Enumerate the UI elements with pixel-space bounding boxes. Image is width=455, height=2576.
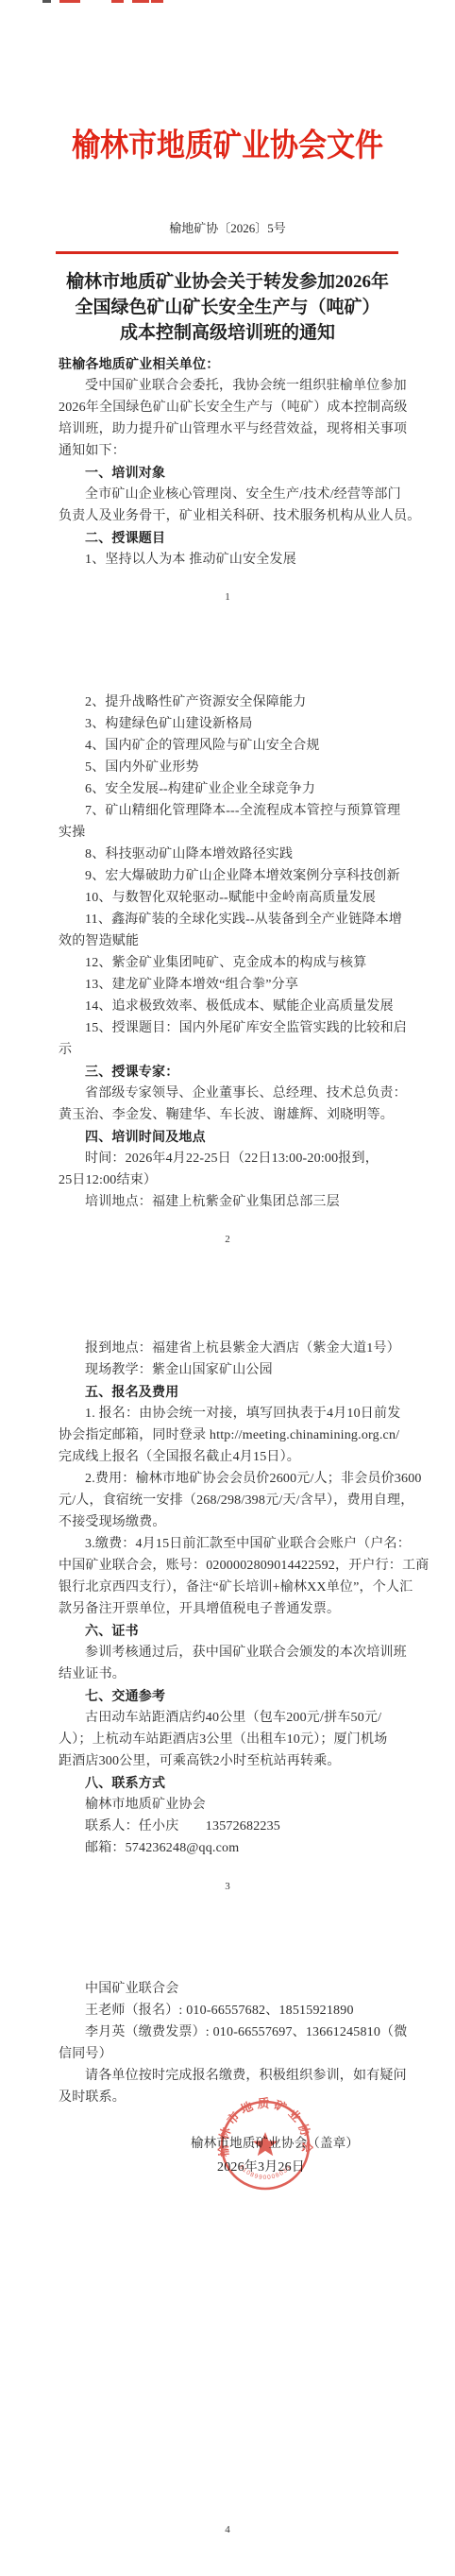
doc-line: 培训地点：福建上杭紫金矿业集团总部三层 (59, 1191, 402, 1213)
doc-line: 距酒店300公里，可乘高铁2小时至杭站再转乘。 (59, 1750, 402, 1772)
doc-line: 七、交通参考 (59, 1685, 402, 1707)
page-number: 3 (0, 1881, 455, 1892)
scan-artifact (111, 0, 124, 3)
scan-artifact (151, 0, 163, 3)
doc-line: 四、培训时间及地点 (59, 1126, 402, 1148)
doc-line: 黄玉治、李金发、鞠建华、车长波、谢雄辉、刘晓明等。 (59, 1104, 402, 1126)
page-number: 1 (0, 591, 455, 603)
doc-line: 负责人及业务骨干，矿业相关科研、技术服务机构从业人员。 (59, 505, 402, 527)
doc-line: 联系人：任小庆 13572682235 (59, 1816, 402, 1837)
doc-line: 13、建龙矿业降本增效“组合拳”分享 (59, 974, 402, 996)
scan-artifact (132, 0, 149, 3)
doc-line: 中国矿业联合会，账号：0200002809014422592，开户行：工商 (59, 1555, 402, 1577)
page-2-body: 2、提升战略性矿产资源安全保障能力3、构建绿色矿山建设新格局4、国内矿企的管理风… (59, 691, 402, 1213)
doc-line: 3.缴费：4月15日前汇款至中国矿业联合会账户（户名： (59, 1533, 402, 1555)
letterhead-rule (56, 251, 398, 254)
page-number: 4 (0, 2524, 455, 2535)
doc-line: 六、证书 (59, 1620, 402, 1642)
doc-line: 不接受现场缴费。 (59, 1511, 402, 1533)
doc-line: 2026年全国绿色矿山矿长安全生产与（吨矿）成本控制高级 (59, 397, 402, 418)
doc-line: 1、坚持以人为本 推动矿山安全发展 (59, 549, 402, 571)
doc-line: 二、授课题目 (59, 527, 402, 549)
doc-line: 通知如下： (59, 440, 402, 462)
doc-line: 受中国矿业联合会委托，我协会统一组织驻榆单位参加 (59, 375, 402, 397)
doc-line: 参训考核通过后，获中国矿业联合会颁发的本次培训班 (59, 1642, 402, 1663)
scan-artifact (59, 0, 80, 3)
page-4-body: 中国矿业联合会王老师（报名）: 010-66557682、18515921890… (59, 1978, 402, 2108)
doc-line: 实操 (59, 822, 402, 844)
doc-line: 10、与数智化双轮驱动--赋能中金岭南高质量发展 (59, 887, 402, 909)
doc-line: 5、国内外矿业形势 (59, 757, 402, 778)
letterhead-org-title: 榆林市地质矿业协会文件 (0, 119, 455, 165)
doc-line: 人）；上杭动车站距酒店3公里（出租车10元）；厦门机场 (59, 1729, 402, 1750)
doc-line: 11、鑫海矿装的全球化实践--从装备到全产业链降本增 (59, 909, 402, 930)
notice-title-line-1: 榆林市地质矿业协会关于转发参加2026年 (0, 269, 455, 295)
doc-line: 14、追求极致效率、极低成本、赋能企业高质量发展 (59, 996, 402, 1017)
doc-line: 信同号） (59, 2043, 402, 2065)
doc-line: 邮箱：574236248@qq.com (59, 1837, 402, 1859)
doc-line: 银行北京西四支行），备注“矿长培训+榆林XX单位”，个人汇 (59, 1577, 402, 1598)
doc-line: 25日12:00结束） (59, 1169, 402, 1191)
doc-line: 报到地点：福建省上杭县紫金大酒店（紫金大道1号） (59, 1338, 402, 1359)
doc-line: 协会指定邮箱，同时登录 http://meeting.chinamining.o… (59, 1424, 402, 1446)
doc-line: 王老师（报名）: 010-66557682、18515921890 (59, 2000, 402, 2022)
doc-line: 驻榆各地质矿业相关单位： (59, 353, 402, 375)
doc-line: 元/人，食宿统一安排（268/298/398元/天/含早），费用自理， (59, 1490, 402, 1511)
seal-serial-number: 6108990008033 (238, 2164, 293, 2181)
notice-title-line-3: 成本控制高级培训班的通知 (0, 320, 455, 346)
seal-star-icon (253, 2132, 278, 2156)
doc-line: 3、构建绿色矿山建设新格局 (59, 713, 402, 735)
doc-line: 全市矿山企业核心管理岗、安全生产/技术/经营等部门 (59, 484, 402, 505)
doc-line: 八、联系方式 (59, 1772, 402, 1794)
page-number: 2 (0, 1234, 455, 1245)
doc-line: 示 (59, 1039, 402, 1061)
doc-line: 7、矿山精细化管理降本---全流程成本管控与预算管理 (59, 800, 402, 822)
doc-line: 请各单位按时完成报名缴费，积极组织参训，如有疑问 (59, 2065, 402, 2087)
doc-line: 省部级专家领导、企业董事长、总经理、技术总负责： (59, 1083, 402, 1104)
doc-line: 现场教学：紫金山国家矿山公园 (59, 1359, 402, 1381)
page-1-body: 驻榆各地质矿业相关单位：受中国矿业联合会委托，我协会统一组织驻榆单位参加2026… (59, 353, 402, 571)
doc-line: 6、安全发展--构建矿业企业全球竞争力 (59, 778, 402, 800)
document-number: 榆地矿协〔2026〕5号 (0, 218, 455, 236)
doc-line: 李月英（缴费发票）: 010-66557697、13661245810（微 (59, 2022, 402, 2043)
doc-line: 五、报名及费用 (59, 1381, 402, 1403)
doc-line: 4、国内矿企的管理风险与矿山安全合规 (59, 735, 402, 757)
doc-line: 效的智造赋能 (59, 930, 402, 952)
doc-line: 榆林市地质矿业协会 (59, 1794, 402, 1816)
doc-line: 款另备注开票单位，开具增值税电子普通发票。 (59, 1598, 402, 1620)
doc-line: 培训班，助力提升矿山管理水平与经营效益，现将相关事项 (59, 418, 402, 440)
scan-artifact (42, 0, 51, 3)
official-seal: 榆林市地质矿业协会 6108990008033 (213, 2093, 317, 2197)
doc-line: 9、宏大爆破助力矿山企业降本增效案例分享科技创新 (59, 865, 402, 887)
doc-line: 12、紫金矿业集团吨矿、克金成本的构成与核算 (59, 952, 402, 974)
notice-title-line-2: 全国绿色矿山矿长安全生产与（吨矿） (0, 295, 455, 320)
notice-document: 榆林市地质矿业协会文件 榆地矿协〔2026〕5号 榆林市地质矿业协会关于转发参加… (0, 0, 455, 2576)
doc-line: 2.费用：榆林市地矿协会会员价2600元/人；非会员价3600 (59, 1468, 402, 1490)
doc-line: 15、授课题目：国内外尾矿库安全监管实践的比较和启 (59, 1017, 402, 1039)
doc-line: 古田动车站距酒店约40公里（包车200元/拼车50元/ (59, 1707, 402, 1729)
doc-line: 1. 报名：由协会统一对接，填写回执表于4月10日前发 (59, 1403, 402, 1424)
doc-line: 一、培训对象 (59, 462, 402, 484)
doc-line: 时间：2026年4月22-25日（22日13:00-20:00报到， (59, 1148, 402, 1169)
doc-line: 完成线上报名（全国报名截止4月15日）。 (59, 1446, 402, 1468)
doc-line: 2、提升战略性矿产资源安全保障能力 (59, 691, 402, 713)
doc-line: 8、科技驱动矿山降本增效路径实践 (59, 844, 402, 865)
doc-line: 结业证书。 (59, 1663, 402, 1685)
page-3-body: 报到地点：福建省上杭县紫金大酒店（紫金大道1号）现场教学：紫金山国家矿山公园五、… (59, 1338, 402, 1859)
svg-text:6108990008033: 6108990008033 (238, 2164, 293, 2181)
notice-title: 榆林市地质矿业协会关于转发参加2026年 全国绿色矿山矿长安全生产与（吨矿） 成… (0, 269, 455, 346)
doc-line: 三、授课专家： (59, 1061, 402, 1083)
doc-line: 中国矿业联合会 (59, 1978, 402, 2000)
